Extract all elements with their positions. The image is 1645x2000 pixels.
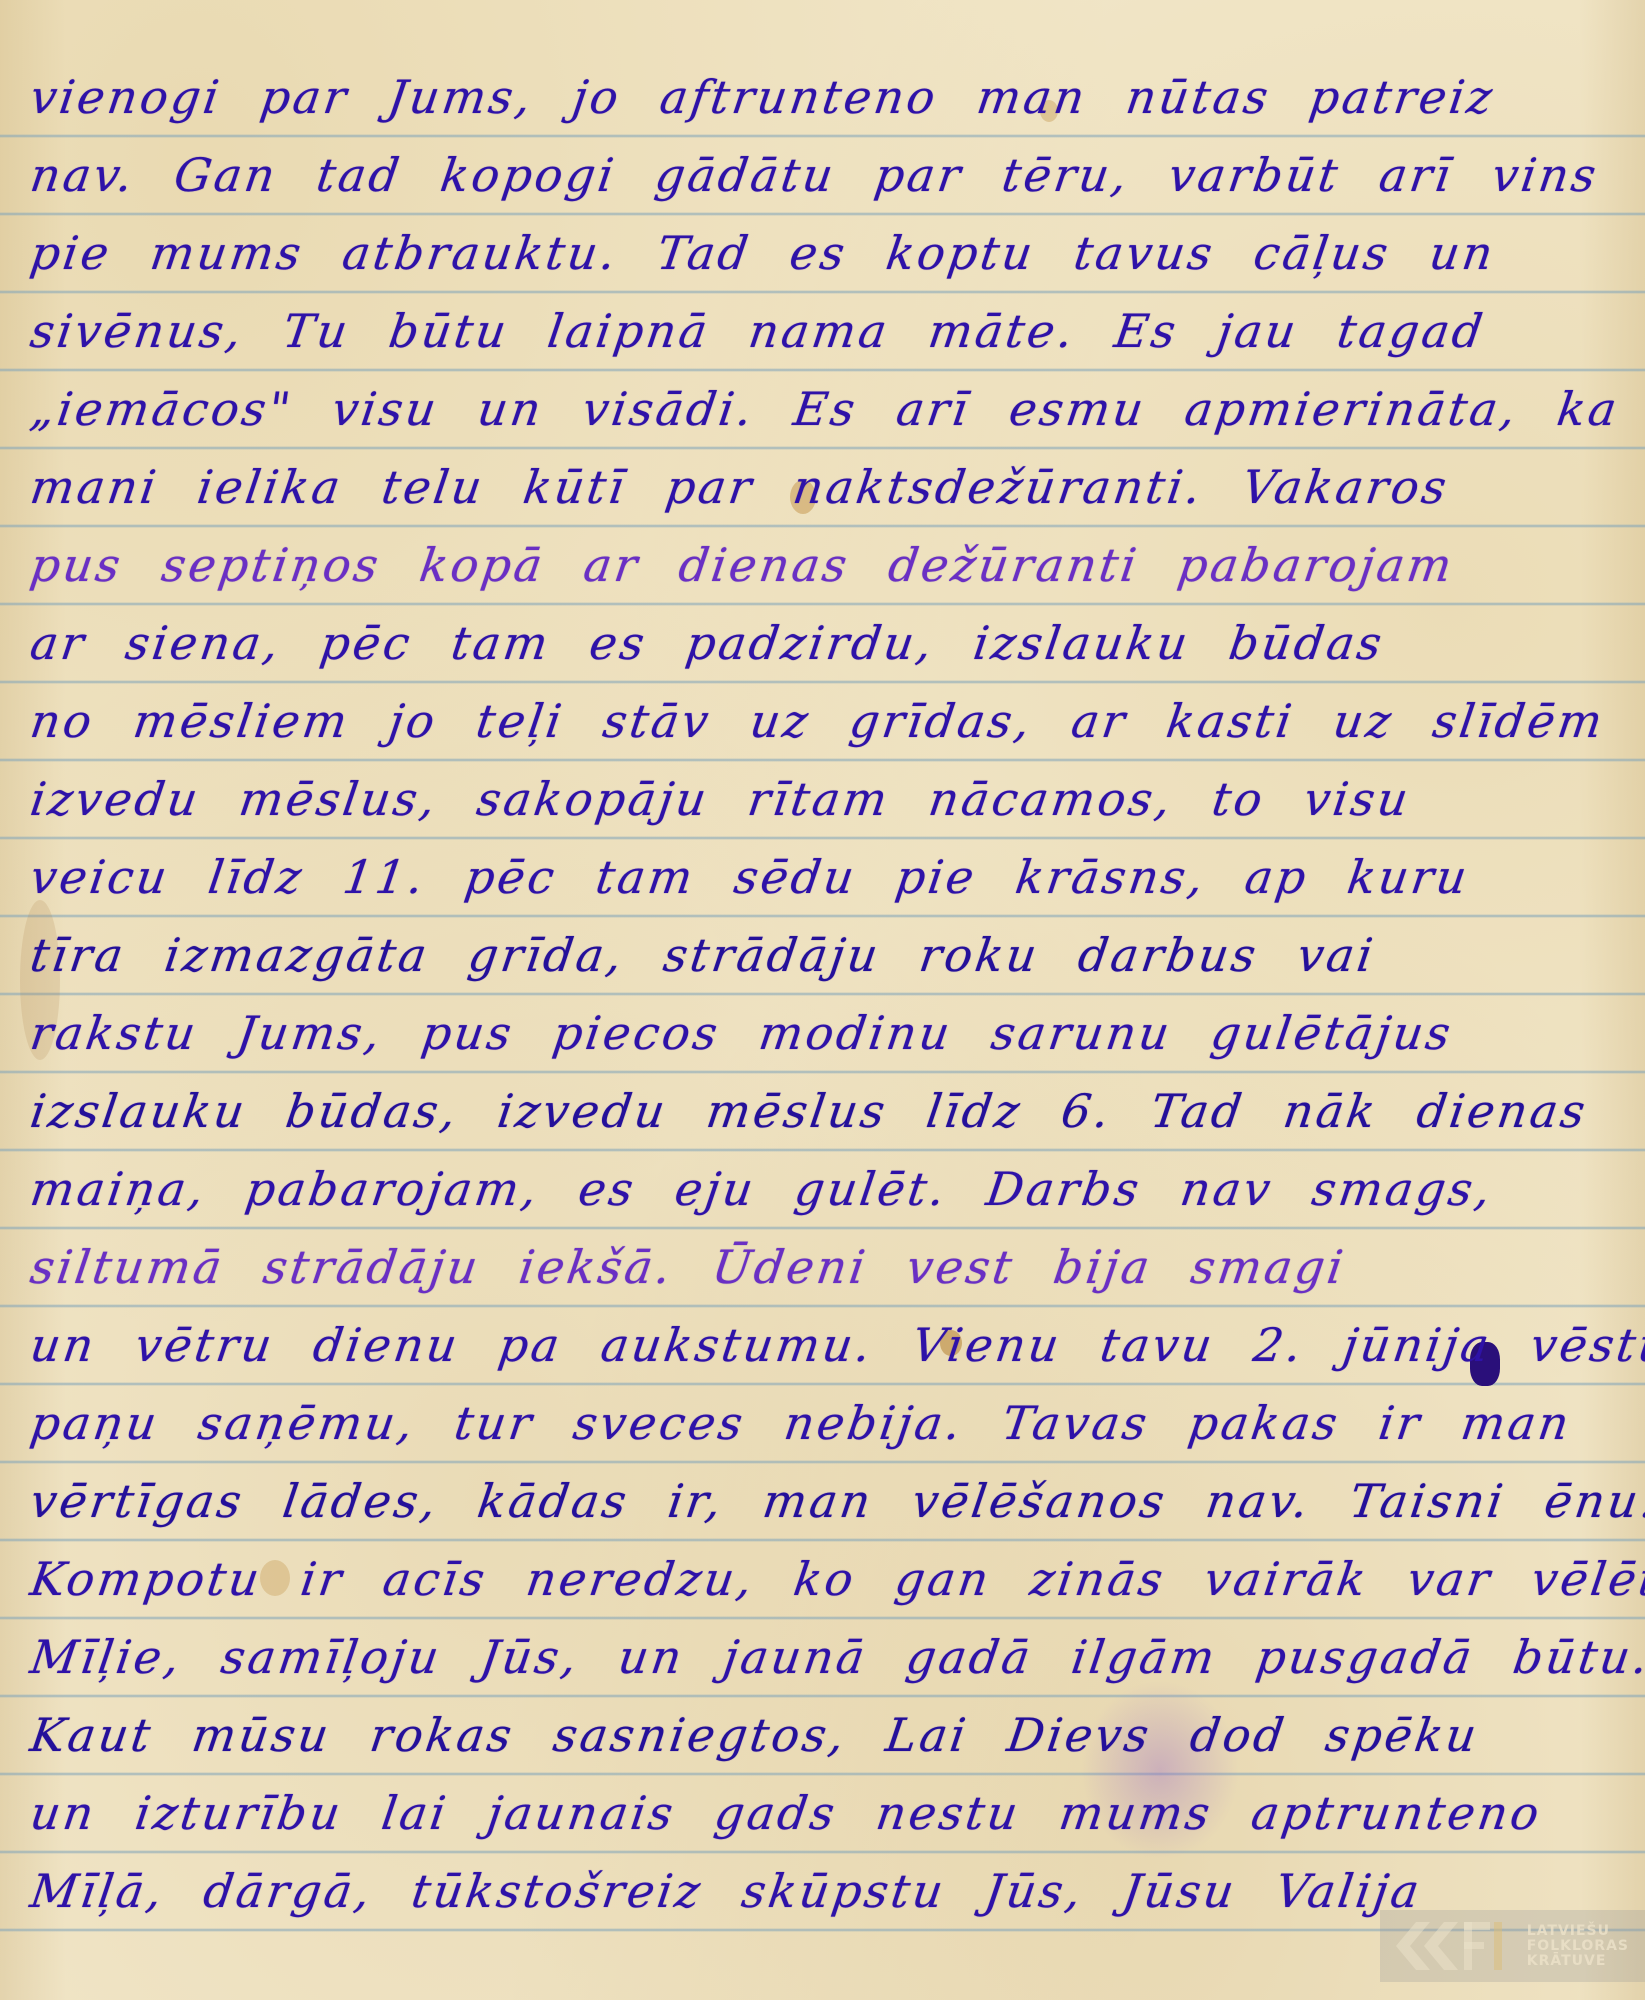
ruled-line	[0, 992, 1645, 996]
letter-line: mani ielika telu kūtī par naktsdežūranti…	[26, 452, 1636, 522]
ruled-line	[0, 1070, 1645, 1074]
letter-line: pus septiņos kopā ar dienas dežūranti pa…	[26, 530, 1636, 600]
ruled-line	[0, 1850, 1645, 1854]
ruled-line	[0, 1148, 1645, 1152]
ruled-line	[0, 446, 1645, 450]
watermark-line: KRĀTUVE	[1527, 1954, 1607, 1969]
ruled-line	[0, 1538, 1645, 1542]
letter-line: paņu saņēmu, tur sveces nebija. Tavas pa…	[26, 1388, 1636, 1458]
ruled-line	[0, 524, 1645, 528]
ruled-line	[0, 290, 1645, 294]
ruled-line	[0, 368, 1645, 372]
letter-line: maiņa, pabarojam, es eju gulēt. Darbs na…	[26, 1154, 1636, 1224]
letter-line: nav. Gan tad kopogi gādātu par tēru, var…	[26, 140, 1636, 210]
letter-line: ar siena, pēc tam es padzirdu, izslauku …	[26, 608, 1636, 678]
letter-line: sivēnus, Tu būtu laipnā nama māte. Es ja…	[26, 296, 1636, 366]
archive-watermark: LATVIEŠU FOLKLORAS KRĀTUVE	[1380, 1910, 1645, 1982]
watermark-text: LATVIEŠU FOLKLORAS KRĀTUVE	[1527, 1924, 1629, 1969]
ruled-line	[0, 1226, 1645, 1230]
letter-line: pie mums atbrauktu. Tad es koptu tavus c…	[26, 218, 1636, 288]
ruled-line	[0, 134, 1645, 138]
letter-line: „iemācos" visu un visādi. Es arī esmu ap…	[26, 374, 1636, 444]
ruled-line	[0, 914, 1645, 918]
ruled-line	[0, 1772, 1645, 1776]
letter-line: izvedu mēslus, sakopāju rītam nācamos, t…	[26, 764, 1636, 834]
letter-line: izslauku būdas, izvedu mēslus līdz 6. Ta…	[26, 1076, 1636, 1146]
scanned-letter-page: vienogi par Jums, jo aftrunteno man nūta…	[0, 0, 1645, 2000]
ruled-line	[0, 758, 1645, 762]
ruled-line	[0, 212, 1645, 216]
letter-line: tīra izmazgāta grīda, strādāju roku darb…	[26, 920, 1636, 990]
ruled-line	[0, 680, 1645, 684]
letter-line: rakstu Jums, pus piecos modinu sarunu gu…	[26, 998, 1636, 1068]
letter-line: siltumā strādāju iekšā. Ūdeni vest bija …	[26, 1232, 1636, 1302]
letter-line: veicu līdz 11. pēc tam sēdu pie krāsns, …	[26, 842, 1636, 912]
ruled-line	[0, 1616, 1645, 1620]
lfk-chevron-logo-icon	[1386, 1916, 1516, 1976]
watermark-line: FOLKLORAS	[1527, 1939, 1629, 1954]
letter-line: un izturību lai jaunais gads nestu mums …	[26, 1778, 1636, 1848]
watermark-line: LATVIEŠU	[1527, 1924, 1610, 1939]
ruled-line	[0, 1460, 1645, 1464]
ruled-line	[0, 836, 1645, 840]
letter-line: Kaut mūsu rokas sasniegtos, Lai Dievs do…	[26, 1700, 1636, 1770]
letter-line: Mīļie, samīļoju Jūs, un jaunā gadā ilgām…	[26, 1622, 1636, 1692]
letter-line: vērtīgas lādes, kādas ir, man vēlēšanos …	[26, 1466, 1636, 1536]
letter-line: un vētru dienu pa aukstumu. Vienu tavu 2…	[26, 1310, 1636, 1380]
letter-line: Kompotu ir acīs neredzu, ko gan zinās va…	[26, 1544, 1636, 1614]
letter-line: vienogi par Jums, jo aftrunteno man nūta…	[26, 62, 1636, 132]
ruled-line	[0, 1304, 1645, 1308]
ruled-line	[0, 602, 1645, 606]
letter-line: no mēsliem jo teļi stāv uz grīdas, ar ka…	[26, 686, 1636, 756]
ruled-line	[0, 1694, 1645, 1698]
ruled-line	[0, 1382, 1645, 1386]
